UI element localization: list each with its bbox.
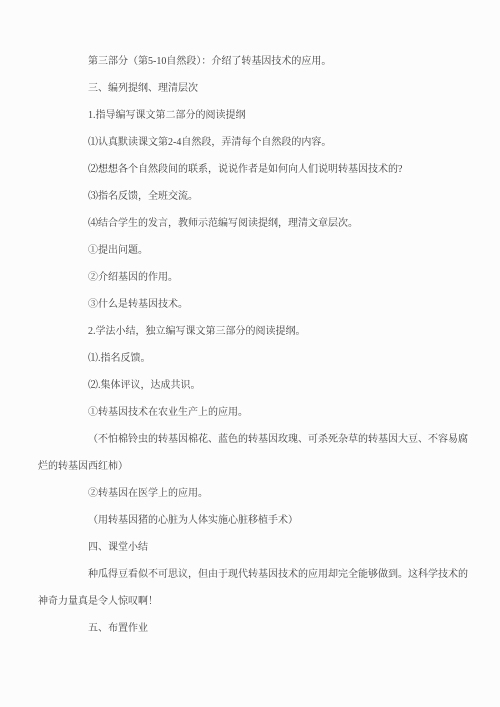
paragraph: 1.指导编写课文第二部分的阅读提纲 (38, 102, 468, 129)
paragraph: ①提出问题。 (38, 237, 468, 264)
document-body: 第三部分（第5-10自然段）：介绍了转基因技术的应用。三、编列提纲、理清层次1.… (38, 48, 468, 642)
paragraph: ⑴.指名反馈。 (38, 345, 468, 372)
paragraph: ②转基因在医学上的应用。 (38, 480, 468, 507)
paragraph: 五、布置作业 (38, 615, 468, 642)
paragraph: ⑴认真默读课文第2-4自然段，弄清每个自然段的内容。 (38, 129, 468, 156)
paragraph: 四、课堂小结 (38, 534, 468, 561)
paragraph: 三、编列提纲、理清层次 (38, 75, 468, 102)
paragraph: ⑶指名反馈，全班交流。 (38, 183, 468, 210)
paragraph: ①转基因技术在农业生产上的应用。 (38, 399, 468, 426)
paragraph: 2.学法小结，独立编写课文第三部分的阅读提纲。 (38, 318, 468, 345)
document-page: 第三部分（第5-10自然段）：介绍了转基因技术的应用。三、编列提纲、理清层次1.… (0, 0, 500, 707)
paragraph: （用转基因猪的心脏为人体实施心脏移植手术） (38, 507, 468, 534)
paragraph: 第三部分（第5-10自然段）：介绍了转基因技术的应用。 (38, 48, 468, 75)
paragraph: （不怕棉铃虫的转基因棉花、蓝色的转基因玫瑰、可杀死杂草的转基因大豆、不容易腐烂的… (38, 426, 468, 480)
paragraph: ⑵.集体评议，达成共识。 (38, 372, 468, 399)
paragraph: ②介绍基因的作用。 (38, 264, 468, 291)
paragraph: ⑷结合学生的发言，教师示范编写阅读提纲，理清文章层次。 (38, 210, 468, 237)
paragraph: ⑵想想各个自然段间的联系，说说作者是如何向人们说明转基因技术的? (38, 156, 468, 183)
paragraph: ③什么是转基因技术。 (38, 291, 468, 318)
paragraph: 种瓜得豆看似不可思议，但由于现代转基因技术的应用却完全能够做到。这科学技术的神奇… (38, 561, 468, 615)
